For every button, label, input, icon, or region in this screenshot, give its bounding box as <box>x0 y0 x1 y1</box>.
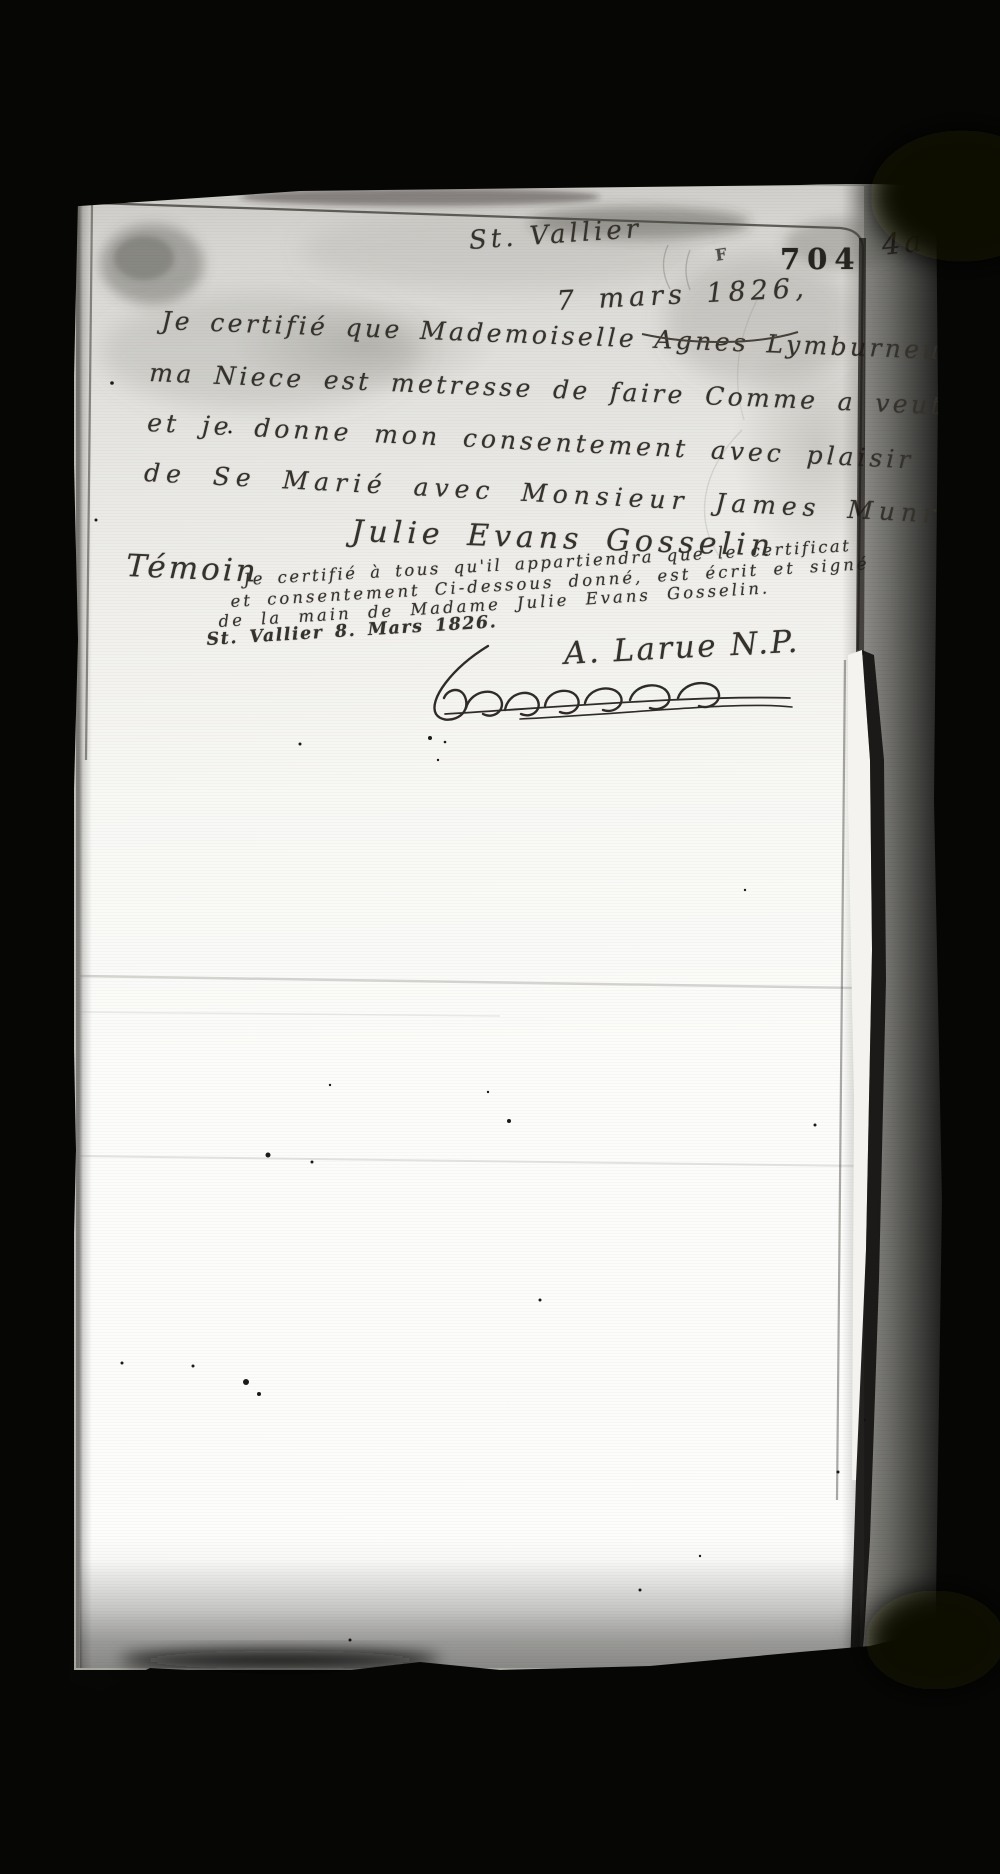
edges-mask-layer <box>0 0 1000 1874</box>
front-sheet-edge <box>848 238 886 1668</box>
microfilm-scan-page: St. Vallier 7 mars 1826, Je certifié que… <box>0 0 1000 1874</box>
bottom-shading <box>80 1560 860 1668</box>
corner-vignette-bottom <box>865 1590 1000 1690</box>
